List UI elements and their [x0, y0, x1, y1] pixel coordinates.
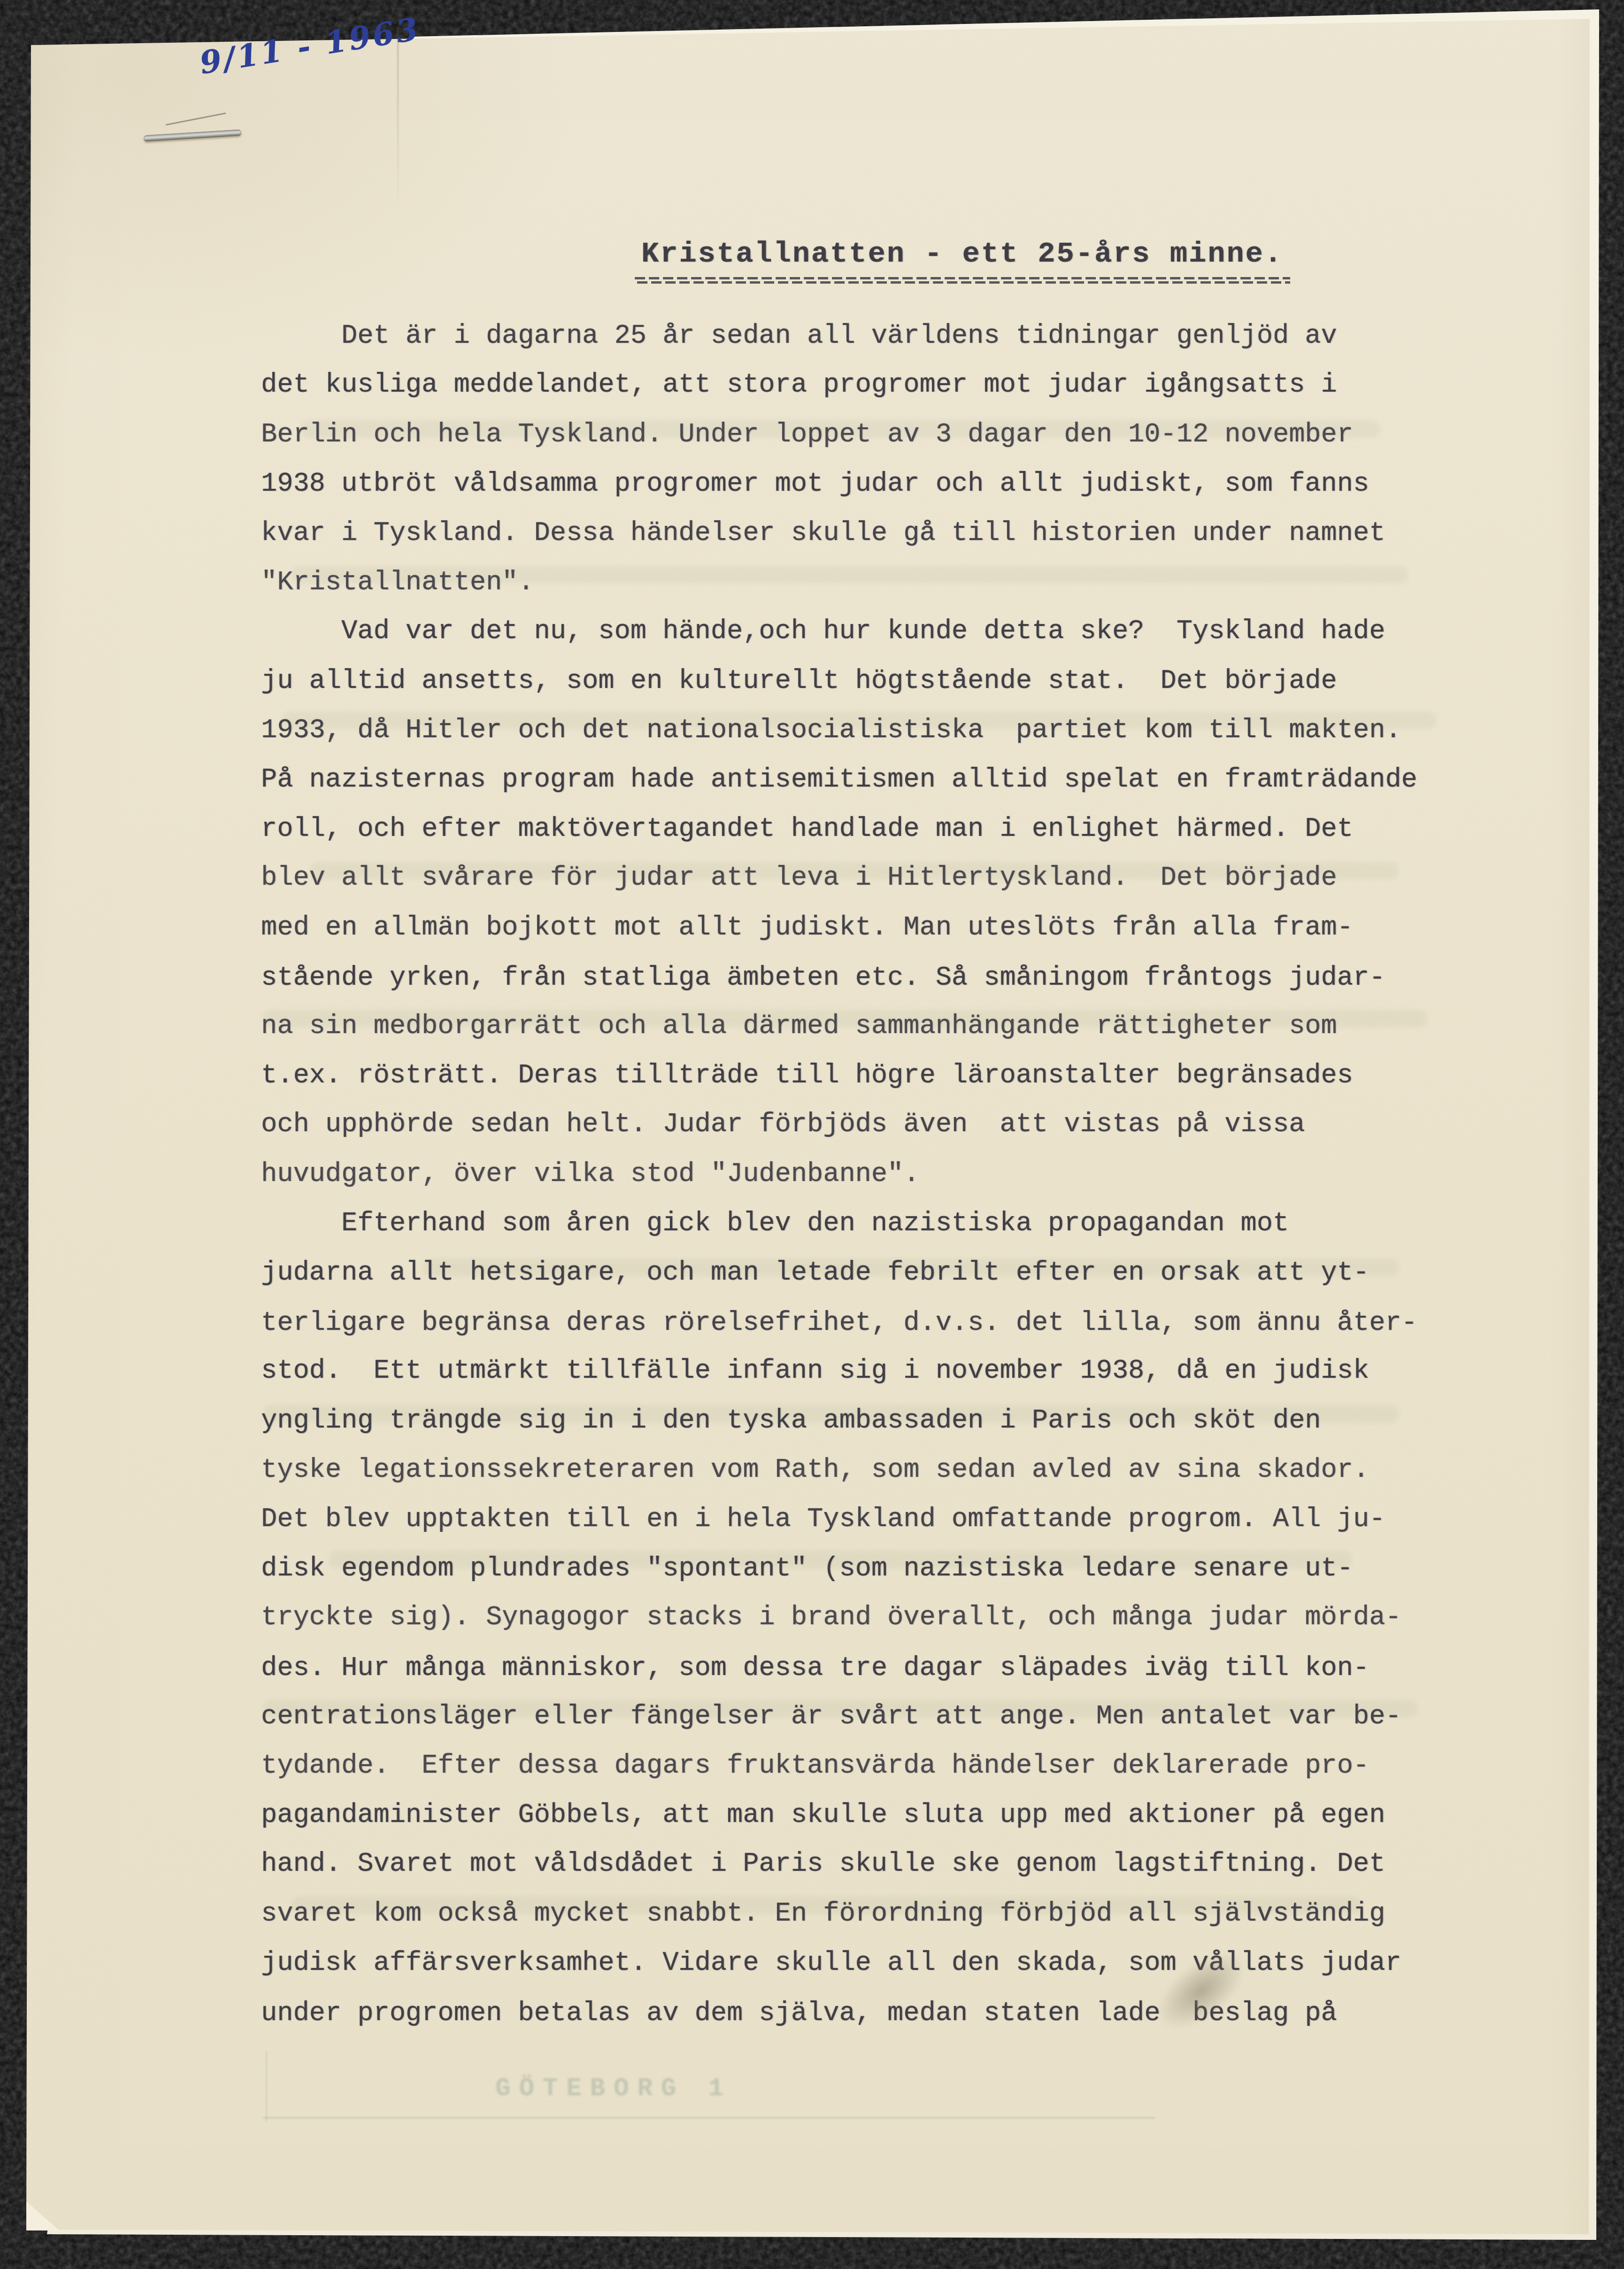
scanned-document-page: 9/11 - 1963 Kristallnatten - ett 25-års … [0, 0, 1624, 2269]
typed-line: hand. Svaret mot våldsdådet i Paris skul… [261, 1840, 1491, 1889]
typed-line: stod. Ett utmärkt tillfälle infann sig i… [261, 1347, 1491, 1396]
typed-line: svaret kom också mycket snabbt. En föror… [261, 1890, 1491, 1939]
typed-body-text: Det är i dagarna 25 år sedan all världen… [261, 312, 1491, 2037]
typed-line: stående yrken, från statliga ämbeten etc… [261, 954, 1491, 1003]
typed-line: "Kristallnatten". [261, 558, 1491, 608]
typed-line: tryckte sig). Synagogor stacks i brand ö… [261, 1593, 1491, 1643]
typed-line: 1933, då Hitler och det nationalsocialis… [261, 706, 1491, 756]
paper-crease [397, 27, 399, 210]
typed-line: tydande. Efter dessa dagars fruktansvärd… [261, 1742, 1491, 1791]
page-title: Kristallnatten - ett 25-års minne. [641, 237, 1283, 270]
typed-line: kvar i Tyskland. Dessa händelser skulle … [261, 509, 1491, 558]
typed-line: judisk affärsverksamhet. Vidare skulle a… [261, 1939, 1491, 1988]
typed-line: terligare begränsa deras rörelsefrihet, … [261, 1299, 1491, 1348]
typed-line: des. Hur många människor, som dessa tre … [261, 1644, 1491, 1693]
bleed-through-stamp-line [263, 2117, 1155, 2119]
typed-line: roll, och efter maktövertagandet handlad… [261, 805, 1491, 854]
typed-line: centrationsläger eller fängelser är svår… [261, 1692, 1491, 1742]
typed-line: Det blev upptakten till en i hela Tyskla… [261, 1495, 1491, 1544]
bleed-through-stamp-line [266, 2051, 267, 2122]
bleed-through-stamp: GÖTEBORG 1 [495, 2075, 732, 2103]
title-underline [635, 277, 1290, 284]
typed-line: På nazisternas program hade antisemitism… [261, 756, 1491, 805]
typed-line: tyske legationssekreteraren vom Rath, so… [261, 1446, 1491, 1495]
typed-line: judarna allt hetsigare, och man letade f… [261, 1249, 1491, 1298]
typed-line: yngling trängde sig in i den tyska ambas… [261, 1397, 1491, 1446]
typed-line: na sin medborgarrätt och alla därmed sam… [261, 1002, 1491, 1051]
typed-line: under progromen betalas av dem själva, m… [261, 1989, 1491, 2038]
typed-line: pagandaminister Göbbels, att man skulle … [261, 1791, 1491, 1840]
typed-line: disk egendom plundrades "spontant" (som … [261, 1544, 1491, 1594]
typed-line: Vad var det nu, som hände,och hur kunde … [261, 607, 1491, 656]
typed-line: Det är i dagarna 25 år sedan all världen… [261, 312, 1491, 361]
typed-line: Efterhand som åren gick blev den nazisti… [261, 1199, 1491, 1249]
typed-line: det kusliga meddelandet, att stora progr… [261, 361, 1491, 410]
typed-line: t.ex. rösträtt. Deras tillträde till hög… [261, 1051, 1491, 1101]
typed-line: med en allmän bojkott mot allt judiskt. … [261, 903, 1491, 953]
typed-line: 1938 utbröt våldsamma progromer mot juda… [261, 460, 1491, 509]
typed-line: och upphörde sedan helt. Judar förbjöds … [261, 1100, 1491, 1150]
typed-line: Berlin och hela Tyskland. Under loppet a… [261, 410, 1491, 460]
typed-line: ju alltid ansetts, som en kulturellt hög… [261, 657, 1491, 706]
typed-line: blev allt svårare för judar att leva i H… [261, 854, 1491, 903]
typed-line: huvudgator, över vilka stod "Judenbanne"… [261, 1150, 1491, 1199]
